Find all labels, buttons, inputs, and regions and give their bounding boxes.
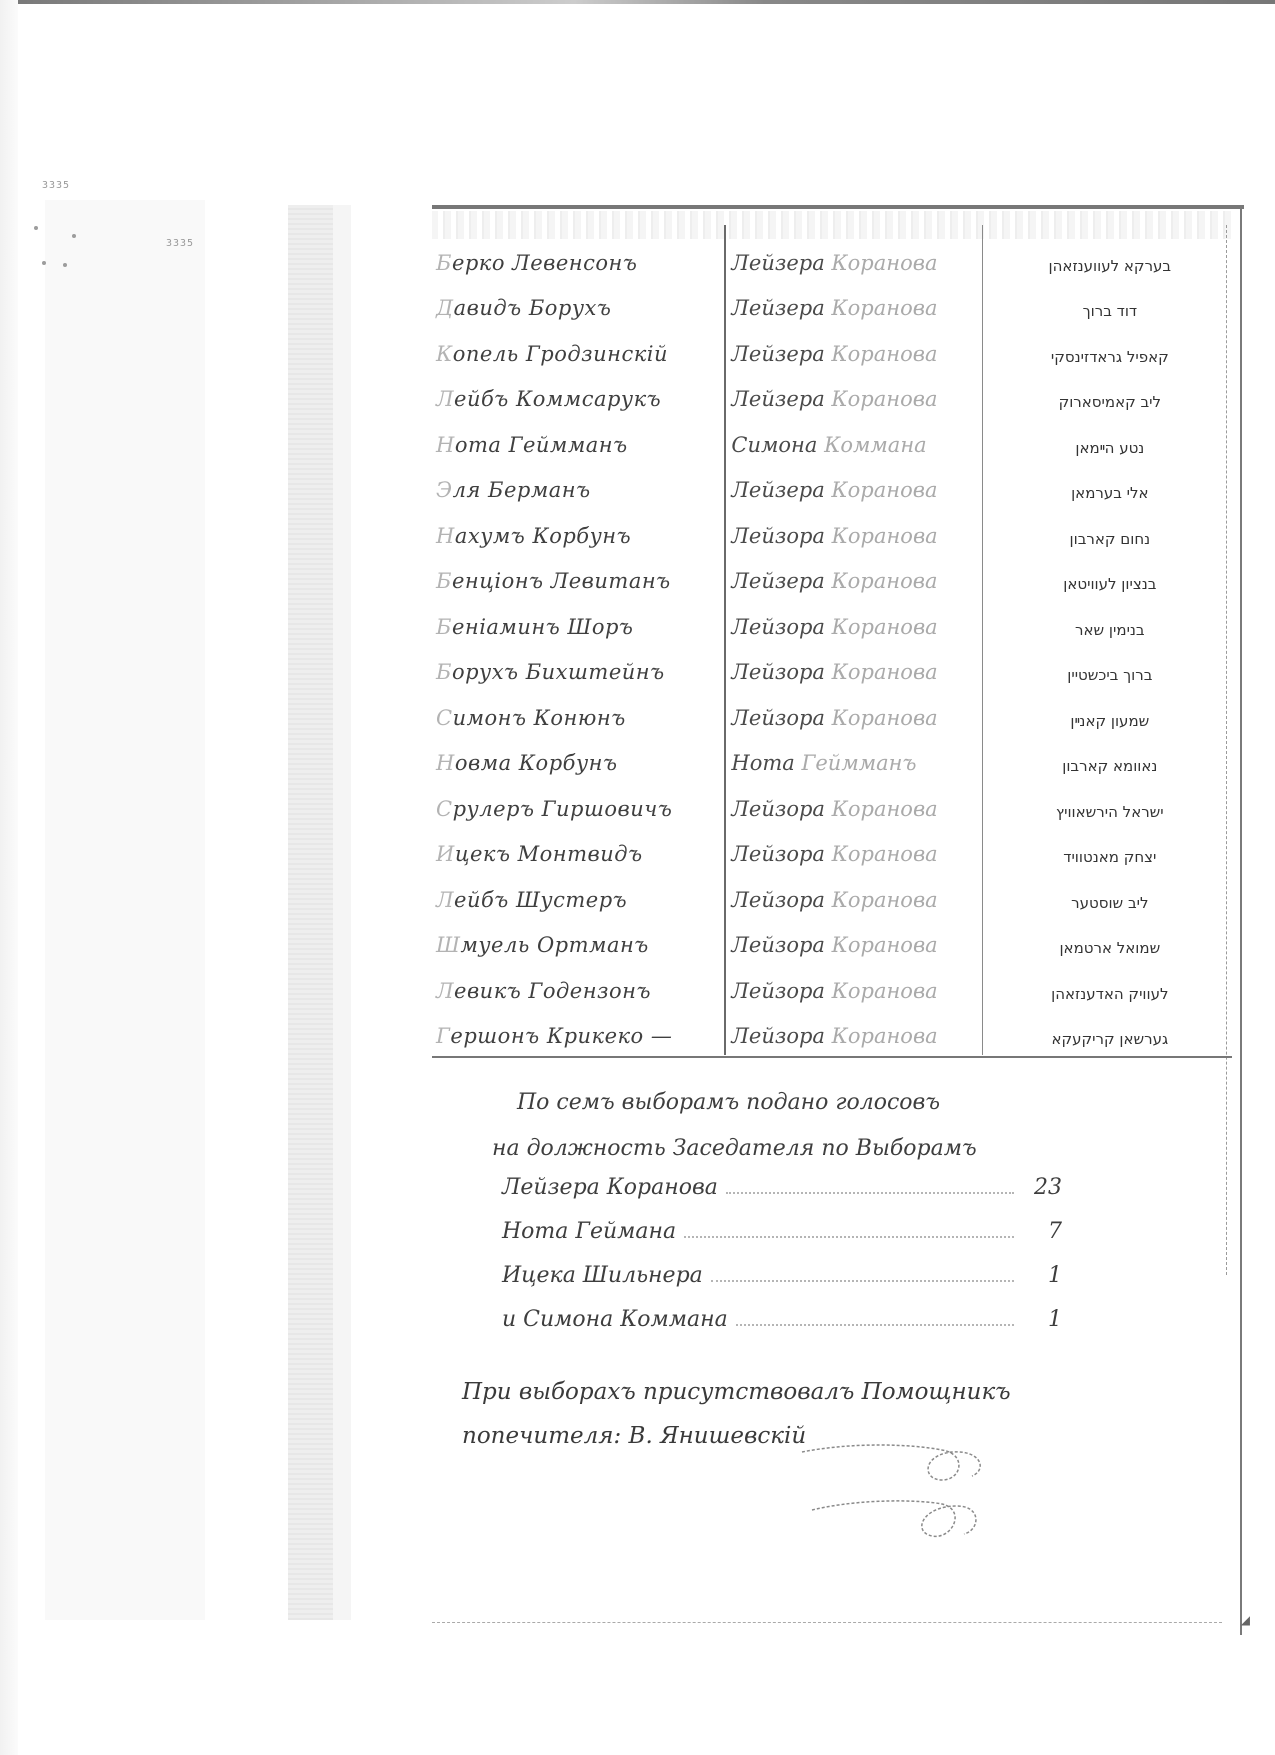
ledger-row: Лейбъ КоммсарукъЛейзера Корановаליב קאמי… (432, 372, 1232, 418)
ledger-row: Шмуель ОртманъЛейзора Корановаשמואל ארטמ… (432, 918, 1232, 964)
summary: По семъ выборамъ подано голосовъ на долж… (492, 1080, 1192, 1172)
hebrew-signature: אלי בערמאן (976, 484, 1232, 508)
tally-row: Ицека Шильнера1 (502, 1263, 1062, 1307)
hebrew-signature: לעוויק האדענזאהן (976, 985, 1232, 1009)
ledger-row: Симонъ КонюнъЛейзора Корановаשמעון קאנײן (432, 690, 1232, 736)
voted-for: Лейзора Коранова (719, 979, 975, 1009)
hebrew-signature: נחום קארבון (976, 530, 1232, 554)
voter-name: Лейбъ Коммсарукъ (432, 387, 719, 417)
ledger-row: Эля БерманъЛейзера Корановаאלי בערמאן (432, 463, 1232, 509)
ledger-rows: Берко ЛевенсонъЛейзера Корановаבערקא לעו… (432, 235, 1232, 1054)
binding-shadow-light (333, 205, 351, 1620)
voter-name: Борухъ Бихштейнъ (432, 660, 719, 690)
ledger-row: Срулеръ ГиршовичъЛейзора Корановаישראל ה… (432, 781, 1232, 827)
summary-line: По семъ выборамъ подано голосовъ (492, 1080, 1192, 1126)
voted-for: Лейзора Коранова (719, 706, 975, 736)
dot-leader (684, 1226, 1014, 1238)
voted-for: Симона Коммана (719, 433, 975, 463)
ink-speck (72, 234, 76, 238)
hebrew-signature: ליב קאמיסארוק (976, 393, 1232, 417)
ledger-row: Нахумъ КорбунъЛейзора Корановаנחום קארבו… (432, 508, 1232, 554)
ledger-row: Гершонъ Крикеко —Лейзора Корановаגערשאן … (432, 1009, 1232, 1055)
signature-flourish-icon (792, 1440, 992, 1550)
voter-name: Нота Геймманъ (432, 433, 719, 463)
ledger-row: Нота ГеймманъСимона Комманаנטע הײמאן (432, 417, 1232, 463)
vote-count: 23 (1022, 1175, 1062, 1200)
hebrew-signature: בנציון לעוויטאן (976, 575, 1232, 599)
scan-shadow (45, 200, 205, 1620)
candidate-name: и Симона Коммана (502, 1307, 728, 1332)
voter-name: Новма Корбунъ (432, 751, 719, 781)
voter-name: Симонъ Конюнъ (432, 706, 719, 736)
hebrew-signature: דוד ברוך (976, 302, 1232, 326)
vote-count: 7 (1022, 1219, 1062, 1244)
voted-for: Лейзера Коранова (719, 251, 975, 281)
hebrew-signature: ברוך ביכשטיין (976, 666, 1232, 690)
candidate-name: Нота Геймана (502, 1219, 676, 1244)
voter-name: Левикъ Годензонъ (432, 979, 719, 1009)
summary-line: на должность Заседателя по Выборамъ (492, 1126, 1192, 1172)
voter-name: Копель Гродзинскій (432, 342, 719, 372)
voter-name: Эля Берманъ (432, 478, 719, 508)
attestation-line: При выборахъ присутствовалъ Помощникъ (462, 1370, 1252, 1414)
dot-leader (711, 1270, 1014, 1282)
hebrew-signature: נטע הײמאן (976, 439, 1232, 463)
voter-name: Срулеръ Гиршовичъ (432, 797, 719, 827)
ledger-row: Беніаминъ ШоръЛейзора Корановаבנימין שאר (432, 599, 1232, 645)
ledger-row: Борухъ БихштейнъЛейзора Корановаברוך ביכ… (432, 645, 1232, 691)
hebrew-signature: נאוומא קארבון (976, 757, 1232, 781)
ledger-row: Копель ГродзинскійЛейзера Корановаקאפיל … (432, 326, 1232, 372)
voter-name: Шмуель Ортманъ (432, 933, 719, 963)
ledger-row: Бенціонъ ЛевитанъЛейзера Корановаבנציון … (432, 554, 1232, 600)
hebrew-signature: שמואל ארטמאן (976, 939, 1232, 963)
hebrew-signature: ישראל הירשאוויץ (976, 803, 1232, 827)
tally-row: и Симона Коммана1 (502, 1307, 1062, 1351)
ink-speck (42, 261, 46, 265)
voted-for: Лейзора Коранова (719, 615, 975, 645)
voter-name: Нахумъ Корбунъ (432, 524, 719, 554)
voted-for: Лейзера Коранова (719, 478, 975, 508)
voted-for: Лейзера Коранова (719, 387, 975, 417)
scan-top-edge (0, 0, 1275, 4)
voted-for: Лейзора Коранова (719, 660, 975, 690)
voter-name: Лейбъ Шустеръ (432, 888, 719, 918)
ledger-row: Берко ЛевенсонъЛейзера Корановаבערקא לעו… (432, 235, 1232, 281)
margin-stamp: 3335 (166, 238, 194, 249)
hebrew-signature: יצחק מאנטוויד (976, 848, 1232, 872)
candidate-name: Лейзера Коранова (502, 1175, 718, 1200)
vote-count: 1 (1022, 1307, 1062, 1332)
ink-speck (63, 263, 67, 267)
hebrew-signature: ליב שוסטער (976, 894, 1232, 918)
hebrew-signature: גערשאן קריקעקא (976, 1030, 1232, 1054)
hebrew-signature: קאפיל גראדזינסקי (976, 348, 1232, 372)
hebrew-signature: בערקא לעווענזאהן (976, 257, 1232, 281)
voter-name: Ицекъ Монтвидъ (432, 842, 719, 872)
voted-for: Лейзора Коранова (719, 797, 975, 827)
voter-name: Бенціонъ Левитанъ (432, 569, 719, 599)
vote-count: 1 (1022, 1263, 1062, 1288)
voted-for: Лейзора Коранова (719, 888, 975, 918)
scan-left-edge (0, 0, 18, 1755)
ledger-row: Ицекъ МонтвидъЛейзора Корановаיצחק מאנטו… (432, 827, 1232, 873)
tally-row: Лейзера Коранова23 (502, 1175, 1062, 1219)
ledger-top-rule (432, 205, 1244, 209)
voter-name: Гершонъ Крикеко — (432, 1024, 719, 1054)
ledger-row: Новма КорбунъНота Геймманъנאוומא קארבון (432, 736, 1232, 782)
hebrew-signature: שמעון קאנײן (976, 712, 1232, 736)
table-bottom-rule (432, 1056, 1232, 1058)
voter-name: Берко Левенсонъ (432, 251, 719, 281)
ledger: Берко ЛевенсонъЛейзера Корановаבערקא לעו… (432, 205, 1242, 1625)
voted-for: Лейзора Коранова (719, 933, 975, 963)
voted-for: Лейзера Коранова (719, 342, 975, 372)
dot-leader (726, 1182, 1014, 1194)
margin-stamp: 3335 (42, 180, 70, 191)
voted-for: Лейзора Коранова (719, 524, 975, 554)
tally-row: Нота Геймана7 (502, 1219, 1062, 1263)
hebrew-signature: בנימין שאר (976, 621, 1232, 645)
corner-mark-icon: ◢ (1241, 1613, 1250, 1627)
voter-name: Беніаминъ Шоръ (432, 615, 719, 645)
dot-leader (736, 1314, 1014, 1326)
ledger-row: Левикъ ГодензонъЛейзора Корановаלעוויק ה… (432, 963, 1232, 1009)
vote-tally: Лейзера Коранова23Нота Геймана7Ицека Шил… (502, 1175, 1062, 1351)
ledger-bottom-rule (432, 1622, 1222, 1624)
ink-speck (34, 226, 38, 230)
ledger-row: Лейбъ ШустеръЛейзора Корановаליב שוסטער (432, 872, 1232, 918)
voted-for: Нота Геймманъ (719, 751, 975, 781)
candidate-name: Ицека Шильнера (502, 1263, 703, 1288)
ledger-row: Давидъ БорухъЛейзера Корановаדוד ברוך (432, 281, 1232, 327)
voter-name: Давидъ Борухъ (432, 296, 719, 326)
binding-shadow (288, 205, 333, 1620)
voted-for: Лейзера Коранова (719, 569, 975, 599)
voted-for: Лейзора Коранова (719, 842, 975, 872)
voted-for: Лейзора Коранова (719, 1024, 975, 1054)
voted-for: Лейзера Коранова (719, 296, 975, 326)
